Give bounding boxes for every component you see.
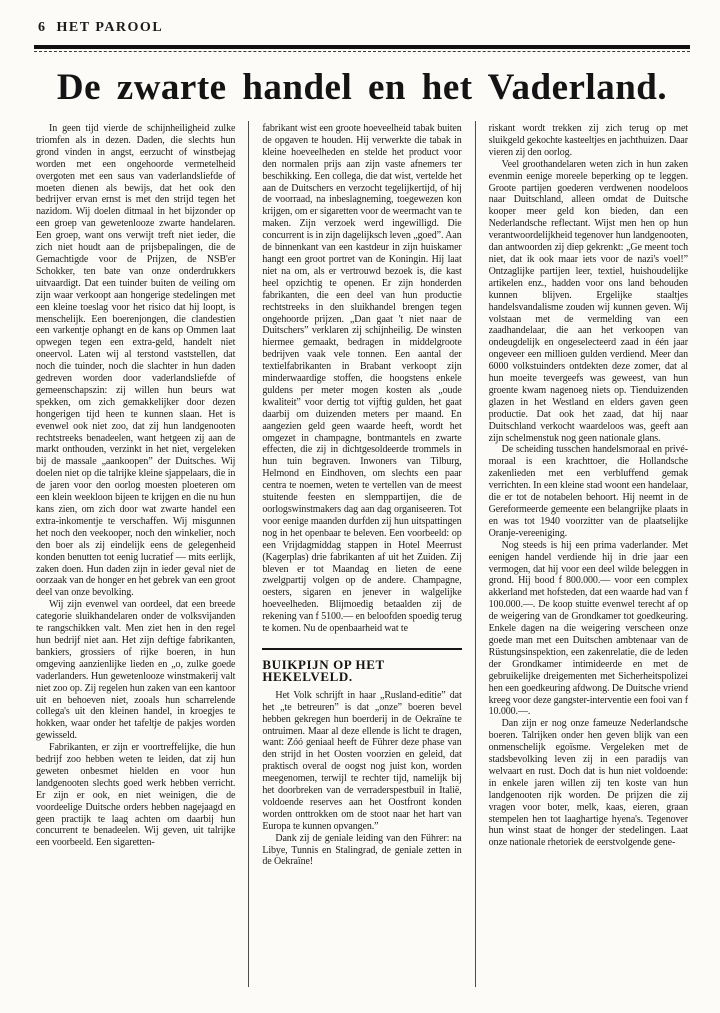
article-columns: In geen tijd vierde de schijnheiligheid … [34,121,690,987]
masthead-row: 6 HET PAROOL [34,20,690,36]
article-paragraph: Dank zij de geniale leiding van den Führ… [262,833,461,869]
subsection-heading: BUIKPIJN OP HET HEKELVELD. [262,659,461,683]
article-column-3: riskant wordt trekken zij zich terug op … [475,121,690,987]
article-paragraph: In geen tijd vierde de schijnheiligheid … [36,123,235,599]
article-paragraph: Fabrikanten, er zijn er voortreffelijke,… [36,742,235,849]
article-paragraph: Dan zijn er nog onze fameuze Nederlandsc… [489,718,688,849]
article-paragraph: riskant wordt trekken zij zich terug op … [489,123,688,159]
article-column-2: fabrikant wist een groote hoeveelheid ta… [248,121,474,987]
article-paragraph: De scheiding tusschen handelsmoraal en p… [489,444,688,539]
masthead-rule-thin [34,51,690,52]
article-paragraph: fabrikant wist een groote hoeveelheid ta… [262,123,461,635]
masthead-rule-thick [34,45,690,49]
article-paragraph: Veel groothandelaren weten zich in hun z… [489,159,688,445]
masthead-title: HET PAROOL [57,20,164,36]
newspaper-page: 6 HET PAROOL De zwarte handel en het Vad… [0,0,720,1013]
article-title: De zwarte handel en het Vaderland. [34,66,690,109]
article-column-1: In geen tijd vierde de schijnheiligheid … [34,121,248,987]
article-paragraph: Wij zijn evenwel van oordeel, dat een br… [36,599,235,742]
article-paragraph: Nog steeds is hij een prima vaderlander.… [489,540,688,719]
page-number: 6 [38,20,47,36]
section-divider [262,648,461,650]
article-paragraph: Het Volk schrijft in haar „Rusland-editi… [262,690,461,833]
